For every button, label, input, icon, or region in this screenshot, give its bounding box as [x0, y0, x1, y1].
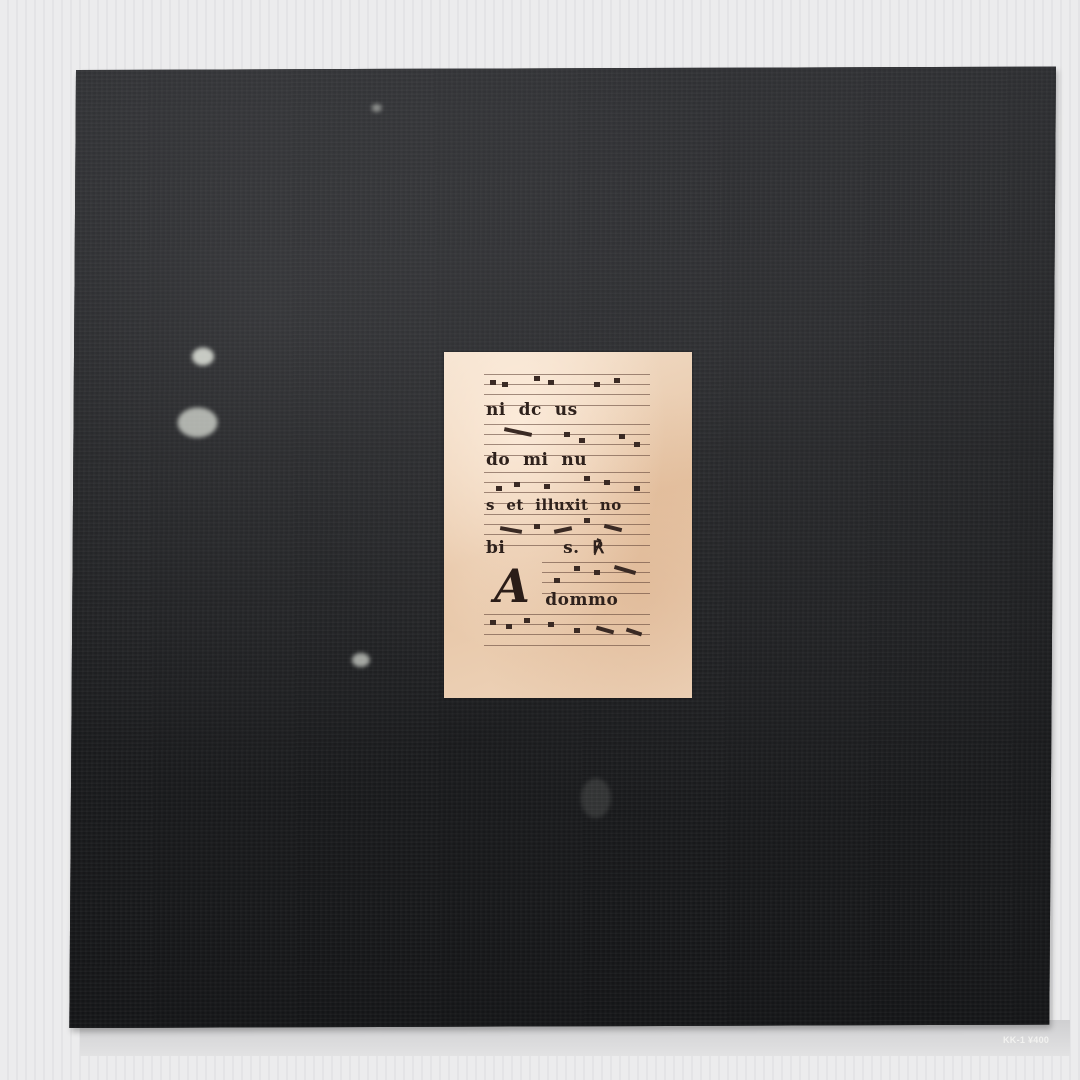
neume	[544, 484, 550, 489]
neume	[548, 622, 554, 627]
neume	[579, 438, 585, 443]
dust-speck	[581, 778, 611, 818]
neume	[502, 382, 508, 387]
neume	[594, 382, 600, 387]
lyric-line-3: s et illuxit no	[486, 496, 656, 514]
neume	[594, 570, 600, 575]
neume	[564, 432, 570, 437]
neume	[634, 486, 640, 491]
neume	[490, 620, 496, 625]
neume	[614, 378, 620, 383]
dust-speck	[352, 653, 370, 667]
neume	[490, 380, 496, 385]
lyric-line-5: dommo	[526, 590, 696, 610]
neume	[524, 618, 530, 623]
dust-speck	[177, 408, 217, 438]
neume	[584, 518, 590, 523]
neume	[514, 482, 520, 487]
neume	[534, 524, 540, 529]
dust-speck	[372, 104, 382, 112]
neume	[534, 376, 540, 381]
neume	[554, 578, 560, 583]
manuscript-photo: ni dc us do mi nu s et illuxit no bi s. …	[444, 352, 692, 698]
lyric-line-2: do mi nu	[486, 450, 656, 470]
neume	[584, 476, 590, 481]
neume	[619, 434, 625, 439]
neume	[574, 628, 580, 633]
lyric-line-4: bi s. ℟	[486, 538, 656, 558]
catalog-number-price: KK-1 ¥400	[1003, 1035, 1049, 1045]
lyric-line-1: ni dc us	[486, 400, 656, 420]
neume	[548, 380, 554, 385]
neume	[604, 480, 610, 485]
neume	[634, 442, 640, 447]
dust-speck	[192, 348, 214, 366]
neume	[574, 566, 580, 571]
neume	[496, 486, 502, 491]
neume	[506, 624, 512, 629]
